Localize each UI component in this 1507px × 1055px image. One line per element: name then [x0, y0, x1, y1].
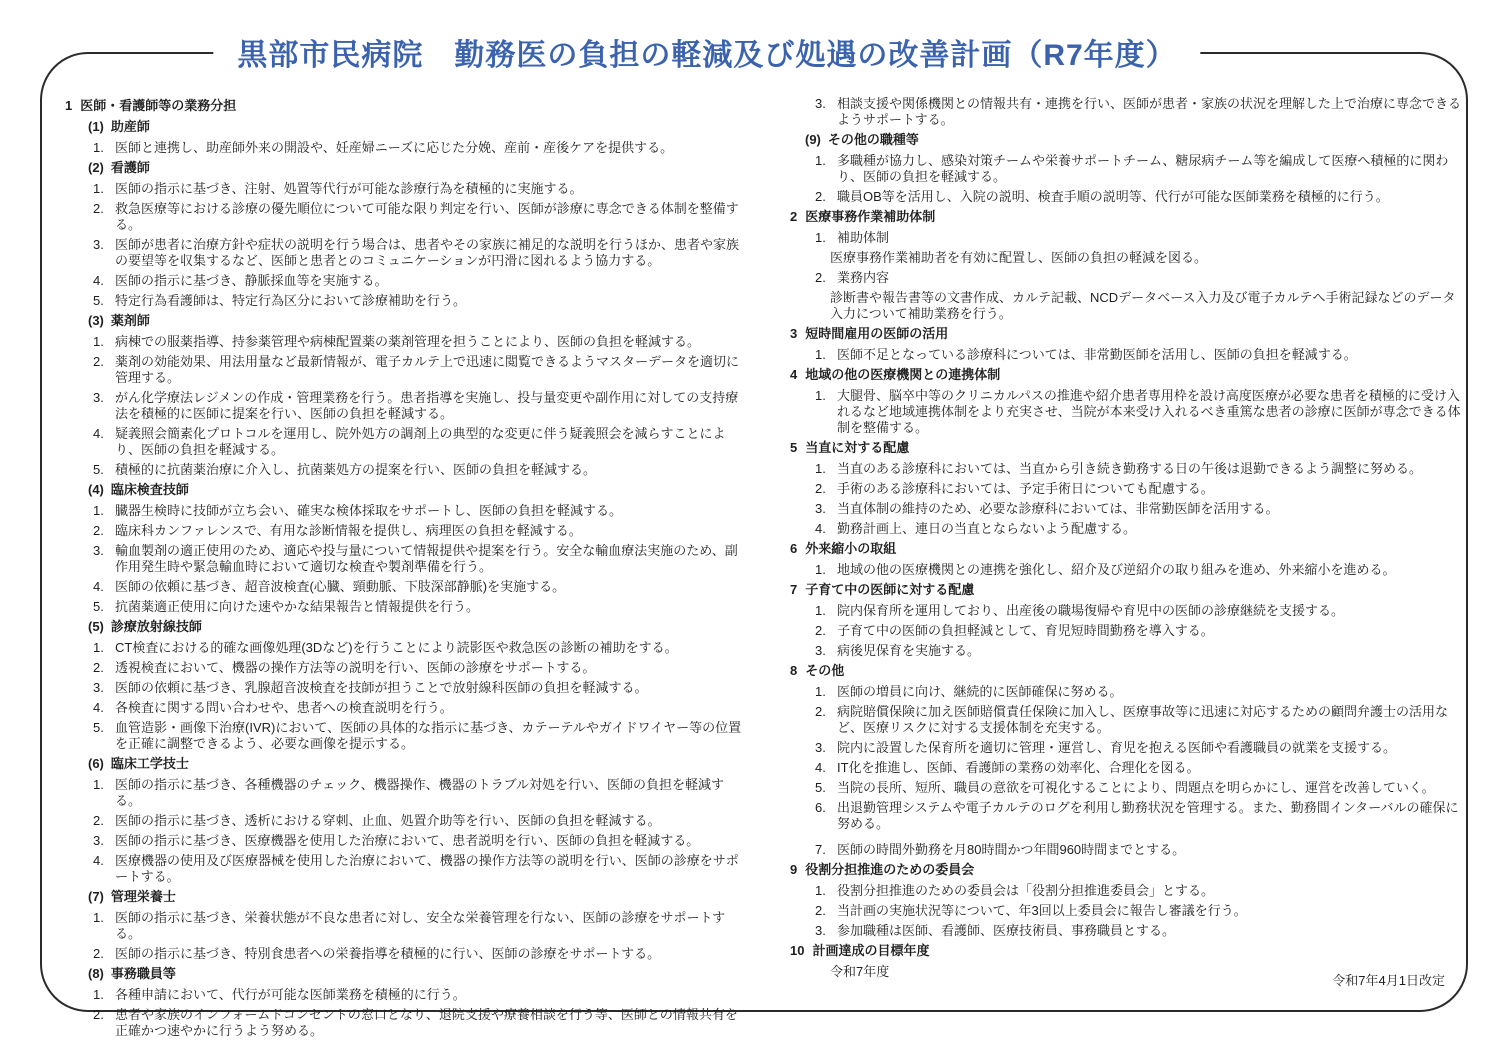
line-number: 4. [93, 700, 109, 716]
line-number: 1. [93, 987, 109, 1003]
line-number: 4. [93, 273, 109, 289]
list-item: 1.医師の指示に基づき、各種機器のチェック、機器操作、機器のトラブル対処を行い、… [65, 777, 749, 809]
line-number: 3. [815, 96, 831, 112]
list-item: 3.院内に設置した保育所を適切に管理・運営し、育児を抱える医師や看護職員の就業を… [790, 740, 1466, 756]
list-item: 3.輸血製剤の適正使用のため、適応や投与量について情報提供や提案を行う。安全な輸… [65, 543, 749, 575]
list-item: 1.地域の他の医療機関との連携を強化し、紹介及び逆紹介の取り組みを進め、外来縮小… [790, 562, 1466, 578]
line-number: (3) [88, 313, 104, 328]
list-item: 3.病後児保育を実施する。 [790, 643, 1466, 659]
list-item: 3.医師が患者に治療方針や症状の説明を行う場合は、患者やその家族に補足的な説明を… [65, 237, 749, 269]
line-text: 診断書や報告書等の文書作成、カルテ記載、NCDデータベース入力及び電子カルテへ手… [830, 290, 1456, 321]
line-text: 医師の指示に基づき、特別食患者への栄養指導を積極的に行い、医師の診療をサポートす… [115, 946, 660, 961]
list-item: 4.IT化を推進し、医師、看護師の業務の効率化、合理化を図る。 [790, 760, 1466, 776]
line-number: 7. [815, 842, 831, 858]
list-item: 1.大腿骨、脳卒中等のクリニカルパスの推進や紹介患者専用枠を設け高度医療が必要な… [790, 388, 1466, 436]
line-text: 医師と連携し、助産師外来の開設や、妊産婦ニーズに応じた分娩、産前・産後ケアを提供… [115, 140, 673, 155]
line-number: 10 [790, 943, 804, 958]
line-number: 3. [815, 643, 831, 659]
line-number: 2. [93, 1007, 109, 1023]
line-number: 3. [815, 501, 831, 517]
line-text: 計画達成の目標年度 [812, 943, 929, 958]
line-number: 1. [815, 388, 831, 404]
list-item: 2.臨床科カンファレンスで、有用な診断情報を提供し、病理医の負担を軽減する。 [65, 523, 749, 539]
list-item: 1.各種申請において、代行が可能な医師業務を積極的に行う。 [65, 987, 749, 1003]
line-text: 透視検査において、機器の操作方法等の説明を行い、医師の診療をサポートする。 [115, 660, 595, 675]
line-text: 外来縮小の取組 [805, 541, 896, 556]
line-number: 1 [65, 98, 72, 113]
line-number: 3. [93, 680, 109, 696]
line-number: 9 [790, 862, 797, 877]
list-item: 3.当直体制の維持のため、必要な診療科においては、非常勤医師を活用する。 [790, 501, 1466, 517]
line-number: 2. [815, 270, 831, 286]
line-number: 2. [93, 201, 109, 217]
section-heading: 4地域の他の医療機関との連携体制 [790, 367, 1466, 383]
line-number: 5. [93, 720, 109, 736]
line-text: 管理栄養士 [111, 889, 176, 904]
line-number: 1. [815, 684, 831, 700]
line-text: 相談支援や関係機関との情報共有・連携を行い、医師が患者・家族の状況を理解した上で… [837, 96, 1461, 127]
line-text: 病棟での服薬指導、持参薬管理や病棟配置薬の薬剤管理を担うことにより、医師の負担を… [115, 334, 700, 349]
page-title: 黒部市民病院 勤務医の負担の軽減及び処遇の改善計画（R7年度） [213, 30, 1200, 74]
line-number: 4. [93, 853, 109, 869]
line-number: 4. [815, 521, 831, 537]
line-number: 1. [93, 140, 109, 156]
line-number: 4. [93, 579, 109, 595]
line-text: 出退勤管理システムや電子カルテのログを利用し勤務状況を管理する。また、勤務間イン… [837, 800, 1459, 831]
document-column-right: 3.相談支援や関係機関との情報共有・連携を行い、医師が患者・家族の状況を理解した… [790, 96, 1466, 984]
line-number: 2. [815, 189, 831, 205]
line-text: CT検査における的確な画像処理(3Dなど)を行うことにより読影医や救急医の診断の… [115, 640, 678, 655]
subsection-heading: (2)看護師 [65, 160, 749, 176]
line-text: 看護師 [111, 160, 150, 175]
line-text: 薬剤師 [111, 313, 150, 328]
line-text: 医療事務作業補助体制 [805, 209, 935, 224]
list-item: 1.CT検査における的確な画像処理(3Dなど)を行うことにより読影医や救急医の診… [65, 640, 749, 656]
line-number: 2. [93, 523, 109, 539]
line-number: 1. [93, 640, 109, 656]
line-number: (9) [805, 132, 821, 147]
section-heading: 1医師・看護師等の業務分担 [65, 98, 749, 114]
line-text: 各種申請において、代行が可能な医師業務を積極的に行う。 [115, 987, 466, 1002]
list-item: 7.医師の時間外勤務を月80時間かつ年間960時間までとする。 [790, 842, 1466, 858]
list-item: 4.勤務計画上、連日の当直とならないよう配慮する。 [790, 521, 1466, 537]
list-item: 3.相談支援や関係機関との情報共有・連携を行い、医師が患者・家族の状況を理解した… [790, 96, 1466, 128]
line-number: 4 [790, 367, 797, 382]
line-text: 救急医療等における診療の優先順位について可能な限り判定を行い、医師が診療に専念で… [115, 201, 739, 232]
section-heading: 10計画達成の目標年度 [790, 943, 1466, 959]
line-number: 3. [93, 543, 109, 559]
list-item: 4.医師の依頼に基づき、超音波検査(心臓、頸動脈、下肢深部静脈)を実施する。 [65, 579, 749, 595]
line-text: 診療放射線技師 [111, 619, 202, 634]
line-number: 1. [815, 883, 831, 899]
line-text: 勤務計画上、連日の当直とならないよう配慮する。 [837, 521, 1136, 536]
list-item: 5.抗菌薬適正使用に向けた速やかな結果報告と情報提供を行う。 [65, 599, 749, 615]
list-item: 1.院内保育所を運用しており、出産後の職場復帰や育児中の医師の診療継続を支援する… [790, 603, 1466, 619]
line-number: (4) [88, 482, 104, 497]
line-text: 医師の指示に基づき、各種機器のチェック、機器操作、機器のトラブル対処を行い、医師… [115, 777, 724, 808]
line-number: 4. [93, 426, 109, 442]
line-text: 当計画の実施状況等について、年3回以上委員会に報告し審議を行う。 [837, 903, 1247, 918]
list-item: 1.医師の指示に基づき、栄養状態が不良な患者に対し、安全な栄養管理を行ない、医師… [65, 910, 749, 942]
line-number: 3. [815, 923, 831, 939]
line-text: 臨床工学技士 [111, 756, 189, 771]
line-text: その他の職種等 [828, 132, 919, 147]
line-text: 事務職員等 [111, 966, 176, 981]
line-text: 医師の指示に基づき、栄養状態が不良な患者に対し、安全な栄養管理を行ない、医師の診… [115, 910, 725, 941]
subsection-heading: (9)その他の職種等 [790, 132, 1466, 148]
line-number: 1. [815, 230, 831, 246]
section-heading: 2医療事務作業補助体制 [790, 209, 1466, 225]
line-number: (6) [88, 756, 104, 771]
list-item: 2.病院賠償保険に加え医師賠償責任保険に加入し、医療事故等に迅速に対応するための… [790, 704, 1466, 736]
line-text: 地域の他の医療機関との連携を強化し、紹介及び逆紹介の取り組みを進め、外来縮小を進… [837, 562, 1395, 577]
line-number: 5. [93, 293, 109, 309]
line-text: 医師の指示に基づき、静脈採血等を実施する。 [115, 273, 387, 288]
line-text: 子育て中の医師に対する配慮 [805, 582, 974, 597]
line-number: (2) [88, 160, 104, 175]
list-item: 4.医師の指示に基づき、静脈採血等を実施する。 [65, 273, 749, 289]
subsection-heading: (3)薬剤師 [65, 313, 749, 329]
subsection-heading: (1)助産師 [65, 119, 749, 135]
line-number: 6. [815, 800, 831, 816]
line-text: 医師の依頼に基づき、乳腺超音波検査を技師が担うことで放射線科医師の負担を軽減する… [115, 680, 647, 695]
list-item: 5.積極的に抗菌薬治療に介入し、抗菌薬処方の提案を行い、医師の負担を軽減する。 [65, 462, 749, 478]
section-heading: 9役割分担推進のための委員会 [790, 862, 1466, 878]
line-text: 参加職種は医師、看護師、医療技術員、事務職員とする。 [837, 923, 1175, 938]
line-text: その他 [805, 663, 844, 678]
list-item: 5.当院の長所、短所、職員の意欲を可視化することにより、問題点を明らかにし、運営… [790, 780, 1466, 796]
paragraph: 診断書や報告書等の文書作成、カルテ記載、NCDデータベース入力及び電子カルテへ手… [790, 290, 1466, 322]
line-number: 2. [815, 623, 831, 639]
line-text: 役割分担推進のための委員会は「役割分担推進委員会」とする。 [837, 883, 1214, 898]
line-number: 1. [815, 562, 831, 578]
list-item: 4.各検査に関する問い合わせや、患者への検査説明を行う。 [65, 700, 749, 716]
list-item: 2.患者や家族のインフォームドコンセントの窓口となり、退院支援や療養相談を行う等… [65, 1007, 749, 1039]
line-number: 1. [93, 910, 109, 926]
line-text: 患者や家族のインフォームドコンセントの窓口となり、退院支援や療養相談を行う等、医… [115, 1007, 738, 1038]
list-item: 2.救急医療等における診療の優先順位について可能な限り判定を行い、医師が診療に専… [65, 201, 749, 233]
list-item: 5.特定行為看護師は、特定行為区分において診療補助を行う。 [65, 293, 749, 309]
list-item: 3.医師の指示に基づき、医療機器を使用した治療において、患者説明を行い、医師の負… [65, 833, 749, 849]
list-item: 4.疑義照会簡素化プロトコルを運用し、院外処方の調剤上の典型的な変更に伴う疑義照… [65, 426, 749, 458]
list-item: 1.臓器生検時に技師が立ち会い、確実な検体採取をサポートし、医師の負担を軽減する… [65, 503, 749, 519]
list-item: 3.医師の依頼に基づき、乳腺超音波検査を技師が担うことで放射線科医師の負担を軽減… [65, 680, 749, 696]
line-text: 地域の他の医療機関との連携体制 [805, 367, 1000, 382]
line-text: 役割分担推進のための委員会 [805, 862, 974, 877]
list-item: 3.がん化学療法レジメンの作成・管理業務を行う。患者指導を実施し、投与量変更や副… [65, 390, 749, 422]
line-text: 令和7年度 [830, 964, 889, 979]
line-number: 3. [815, 740, 831, 756]
line-number: 1. [815, 603, 831, 619]
line-text: 当直体制の維持のため、必要な診療科においては、非常勤医師を活用する。 [837, 501, 1278, 516]
line-text: 医師の指示に基づき、注射、処置等代行が可能な診療行為を積極的に実施する。 [115, 181, 582, 196]
line-number: 2. [93, 946, 109, 962]
line-text: 助産師 [111, 119, 150, 134]
line-text: 血管造影・画像下治療(IVR)において、医師の具体的な指示に基づき、カテーテルや… [115, 720, 741, 751]
line-text: 医療事務作業補助者を有効に配置し、医師の負担の軽減を図る。 [830, 250, 1207, 265]
list-item: 2.手術のある診療科においては、予定手術日についても配慮する。 [790, 481, 1466, 497]
line-text: 当院の長所、短所、職員の意欲を可視化することにより、問題点を明らかにし、運営を改… [837, 780, 1435, 795]
list-item: 1.医師の指示に基づき、注射、処置等代行が可能な診療行為を積極的に実施する。 [65, 181, 749, 197]
line-number: 1. [93, 334, 109, 350]
line-text: 業務内容 [837, 270, 889, 285]
line-number: (8) [88, 966, 104, 981]
line-number: 6 [790, 541, 797, 556]
section-heading: 3短時間雇用の医師の活用 [790, 326, 1466, 342]
line-number: 4. [815, 760, 831, 776]
list-item: 3.参加職種は医師、看護師、医療技術員、事務職員とする。 [790, 923, 1466, 939]
line-text: 医師の指示に基づき、医療機器を使用した治療において、患者説明を行い、医師の負担を… [115, 833, 699, 848]
line-number: 5 [790, 440, 797, 455]
line-number: 1. [815, 153, 831, 169]
list-item: 4.医療機器の使用及び医療器械を使用した治療において、機器の操作方法等の説明を行… [65, 853, 749, 885]
line-text: 抗菌薬適正使用に向けた速やかな結果報告と情報提供を行う。 [115, 599, 479, 614]
list-item: 5.血管造影・画像下治療(IVR)において、医師の具体的な指示に基づき、カテーテ… [65, 720, 749, 752]
line-number: 3. [93, 237, 109, 253]
list-item: 1.補助体制 [790, 230, 1466, 246]
line-text: 院内保育所を運用しており、出産後の職場復帰や育児中の医師の診療継続を支援する。 [837, 603, 1344, 618]
line-number: 3. [93, 833, 109, 849]
subsection-heading: (6)臨床工学技士 [65, 756, 749, 772]
line-text: 疑義照会簡素化プロトコルを運用し、院外処方の調剤上の典型的な変更に伴う疑義照会を… [115, 426, 725, 457]
line-text: 臨床科カンファレンスで、有用な診断情報を提供し、病理医の負担を軽減する。 [115, 523, 582, 538]
section-heading: 8その他 [790, 663, 1466, 679]
line-number: 2. [93, 813, 109, 829]
list-item: 1.医師不足となっている診療科については、非常勤医師を活用し、医師の負担を軽減す… [790, 347, 1466, 363]
line-number: 3. [93, 390, 109, 406]
line-number: (7) [88, 889, 104, 904]
paragraph: 医療事務作業補助者を有効に配置し、医師の負担の軽減を図る。 [790, 250, 1466, 266]
line-text: 特定行為看護師は、特定行為区分において診療補助を行う。 [115, 293, 466, 308]
section-heading: 6外来縮小の取組 [790, 541, 1466, 557]
line-text: 大腿骨、脳卒中等のクリニカルパスの推進や紹介患者専用枠を設け高度医療が必要な患者… [837, 388, 1461, 435]
line-text: 当直のある診療科においては、当直から引き続き勤務する日の午後は退勤できるよう調整… [837, 461, 1422, 476]
line-text: 職員OB等を活用し、入院の説明、検査手順の説明等、代行が可能な医師業務を積極的に… [837, 189, 1389, 204]
line-text: 各検査に関する問い合わせや、患者への検査説明を行う。 [115, 700, 453, 715]
line-text: 臓器生検時に技師が立ち会い、確実な検体採取をサポートし、医師の負担を軽減する。 [115, 503, 622, 518]
subsection-heading: (8)事務職員等 [65, 966, 749, 982]
section-heading: 5当直に対する配慮 [790, 440, 1466, 456]
revision-date-note: 令和7年4月1日改定 [1332, 970, 1445, 989]
line-text: 医師・看護師等の業務分担 [80, 98, 236, 113]
subsection-heading: (4)臨床検査技師 [65, 482, 749, 498]
list-item: 1.病棟での服薬指導、持参薬管理や病棟配置薬の薬剤管理を担うことにより、医師の負… [65, 334, 749, 350]
line-text: 医師の時間外勤務を月80時間かつ年間960時間までとする。 [837, 842, 1185, 857]
line-number: 5. [815, 780, 831, 796]
list-item: 2.当計画の実施状況等について、年3回以上委員会に報告し審議を行う。 [790, 903, 1466, 919]
line-text: 補助体制 [837, 230, 889, 245]
line-text: 病院賠償保険に加え医師賠償責任保険に加入し、医療事故等に迅速に対応するための顧問… [837, 704, 1448, 735]
line-number: 3 [790, 326, 797, 341]
list-item: 2.医師の指示に基づき、透析における穿刺、止血、処置介助等を行い、医師の負担を軽… [65, 813, 749, 829]
line-number: 1. [93, 503, 109, 519]
list-item: 1.医師と連携し、助産師外来の開設や、妊産婦ニーズに応じた分娩、産前・産後ケアを… [65, 140, 749, 156]
line-number: 8 [790, 663, 797, 678]
list-item: 2.薬剤の効能効果、用法用量など最新情報が、電子カルテ上で迅速に閲覧できるようマ… [65, 354, 749, 386]
line-text: 医師不足となっている診療科については、非常勤医師を活用し、医師の負担を軽減する。 [837, 347, 1357, 362]
line-text: 医師の依頼に基づき、超音波検査(心臓、頸動脈、下肢深部静脈)を実施する。 [115, 579, 565, 594]
line-number: 1. [815, 461, 831, 477]
line-number: 2. [93, 660, 109, 676]
line-text: 子育て中の医師の負担軽減として、育児短時間勤務を導入する。 [837, 623, 1214, 638]
document-column-left: 1医師・看護師等の業務分担(1)助産師1.医師と連携し、助産師外来の開設や、妊産… [65, 96, 749, 1043]
line-text: 手術のある診療科においては、予定手術日についても配慮する。 [837, 481, 1214, 496]
list-item: 1.役割分担推進のための委員会は「役割分担推進委員会」とする。 [790, 883, 1466, 899]
list-item: 2.職員OB等を活用し、入院の説明、検査手順の説明等、代行が可能な医師業務を積極… [790, 189, 1466, 205]
line-number: 5. [93, 462, 109, 478]
list-item: 2.医師の指示に基づき、特別食患者への栄養指導を積極的に行い、医師の診療をサポー… [65, 946, 749, 962]
line-number: 2. [815, 903, 831, 919]
line-text: 病後児保育を実施する。 [837, 643, 980, 658]
subsection-heading: (5)診療放射線技師 [65, 619, 749, 635]
line-text: 積極的に抗菌薬治療に介入し、抗菌薬処方の提案を行い、医師の負担を軽減する。 [115, 462, 596, 477]
list-item: 1.医師の増員に向け、継続的に医師確保に努める。 [790, 684, 1466, 700]
line-text: 医療機器の使用及び医療器械を使用した治療において、機器の操作方法等の説明を行い、… [115, 853, 739, 884]
line-text: 院内に設置した保育所を適切に管理・運営し、育児を抱える医師や看護職員の就業を支援… [837, 740, 1396, 755]
line-number: (1) [88, 119, 104, 134]
line-number: (5) [88, 619, 104, 634]
line-number: 7 [790, 582, 797, 597]
line-text: 当直に対する配慮 [805, 440, 909, 455]
line-number: 2 [790, 209, 797, 224]
line-number: 1. [93, 777, 109, 793]
line-number: 2. [815, 704, 831, 720]
line-text: 輸血製剤の適正使用のため、適応や投与量について情報提供や提案を行う。安全な輸血療… [115, 543, 738, 574]
line-text: 短時間雇用の医師の活用 [805, 326, 948, 341]
line-text: 臨床検査技師 [111, 482, 189, 497]
list-item: 1.当直のある診療科においては、当直から引き続き勤務する日の午後は退勤できるよう… [790, 461, 1466, 477]
line-number: 1. [93, 181, 109, 197]
line-text: 医師の増員に向け、継続的に医師確保に努める。 [837, 684, 1122, 699]
line-text: 多職種が協力し、感染対策チームや栄養サポートチーム、糖尿病チーム等を編成して医療… [837, 153, 1448, 184]
line-text: IT化を推進し、医師、看護師の業務の効率化、合理化を図る。 [837, 760, 1200, 775]
list-item: 1.多職種が協力し、感染対策チームや栄養サポートチーム、糖尿病チーム等を編成して… [790, 153, 1466, 185]
line-number: 2. [93, 354, 109, 370]
line-number: 1. [815, 347, 831, 363]
line-text: 医師が患者に治療方針や症状の説明を行う場合は、患者やその家族に補足的な説明を行う… [115, 237, 739, 268]
list-item: 2.透視検査において、機器の操作方法等の説明を行い、医師の診療をサポートする。 [65, 660, 749, 676]
list-item: 2.業務内容 [790, 270, 1466, 286]
section-heading: 7子育て中の医師に対する配慮 [790, 582, 1466, 598]
line-text: 薬剤の効能効果、用法用量など最新情報が、電子カルテ上で迅速に閲覧できるようマスタ… [115, 354, 739, 385]
line-number: 5. [93, 599, 109, 615]
line-text: がん化学療法レジメンの作成・管理業務を行う。患者指導を実施し、投与量変更や副作用… [115, 390, 738, 421]
line-number: 2. [815, 481, 831, 497]
line-text: 医師の指示に基づき、透析における穿刺、止血、処置介助等を行い、医師の負担を軽減す… [115, 813, 660, 828]
list-item: 2.子育て中の医師の負担軽減として、育児短時間勤務を導入する。 [790, 623, 1466, 639]
list-item: 6.出退勤管理システムや電子カルテのログを利用し勤務状況を管理する。また、勤務間… [790, 800, 1466, 832]
subsection-heading: (7)管理栄養士 [65, 889, 749, 905]
